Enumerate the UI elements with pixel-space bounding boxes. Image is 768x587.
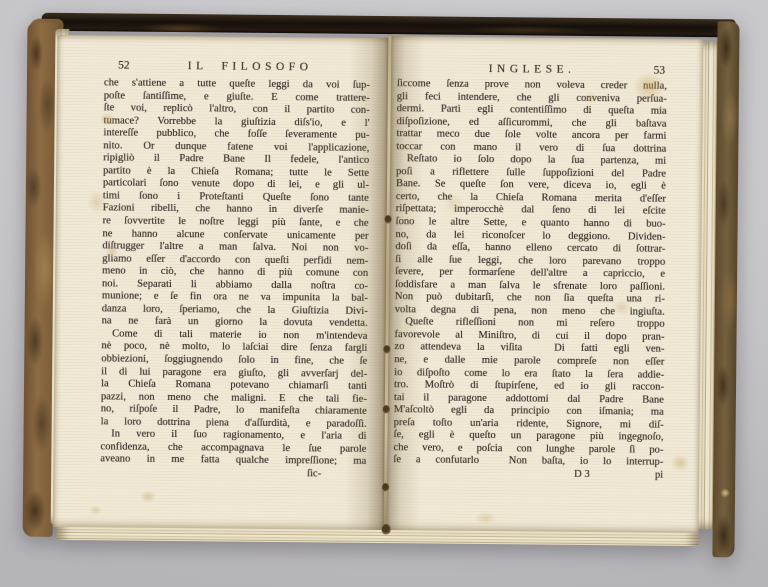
right-page-catchword: pi	[655, 470, 663, 481]
right-page-header: INGLESE. 53	[397, 62, 667, 79]
right-page: INGLESE. 53 ſiccome ſenza prove non vole…	[385, 36, 704, 533]
right-page-text: ſiccome ſenza prove non voleva creder nu…	[393, 78, 667, 470]
foxing-stain	[137, 488, 159, 506]
foxing-stain	[471, 509, 501, 527]
book-top-cover-edge	[41, 13, 735, 38]
photo-background: 52 IL FILOSOFO che s'attiene a tutte que…	[0, 0, 768, 587]
right-page-number: 53	[654, 65, 666, 77]
right-running-title: INGLESE.	[397, 62, 667, 77]
foxing-stain	[87, 503, 105, 517]
foxing-stain	[667, 451, 693, 475]
left-running-title: IL FILOSOFO	[104, 59, 370, 74]
left-page: 52 IL FILOSOFO che s'attiene a tutte que…	[53, 35, 390, 530]
left-page-catchword: ſic-	[100, 466, 366, 480]
gathering-signature: D 3	[574, 469, 590, 480]
open-book: 52 IL FILOSOFO che s'attiene a tutte que…	[22, 13, 739, 560]
left-page-header: 52 IL FILOSOFO	[104, 59, 370, 76]
text-line: ſe a confutarlo Non baſta, io lo interru…	[393, 455, 663, 470]
left-page-text: che s'attiene a tutte queſte leggi da vo…	[100, 77, 370, 468]
